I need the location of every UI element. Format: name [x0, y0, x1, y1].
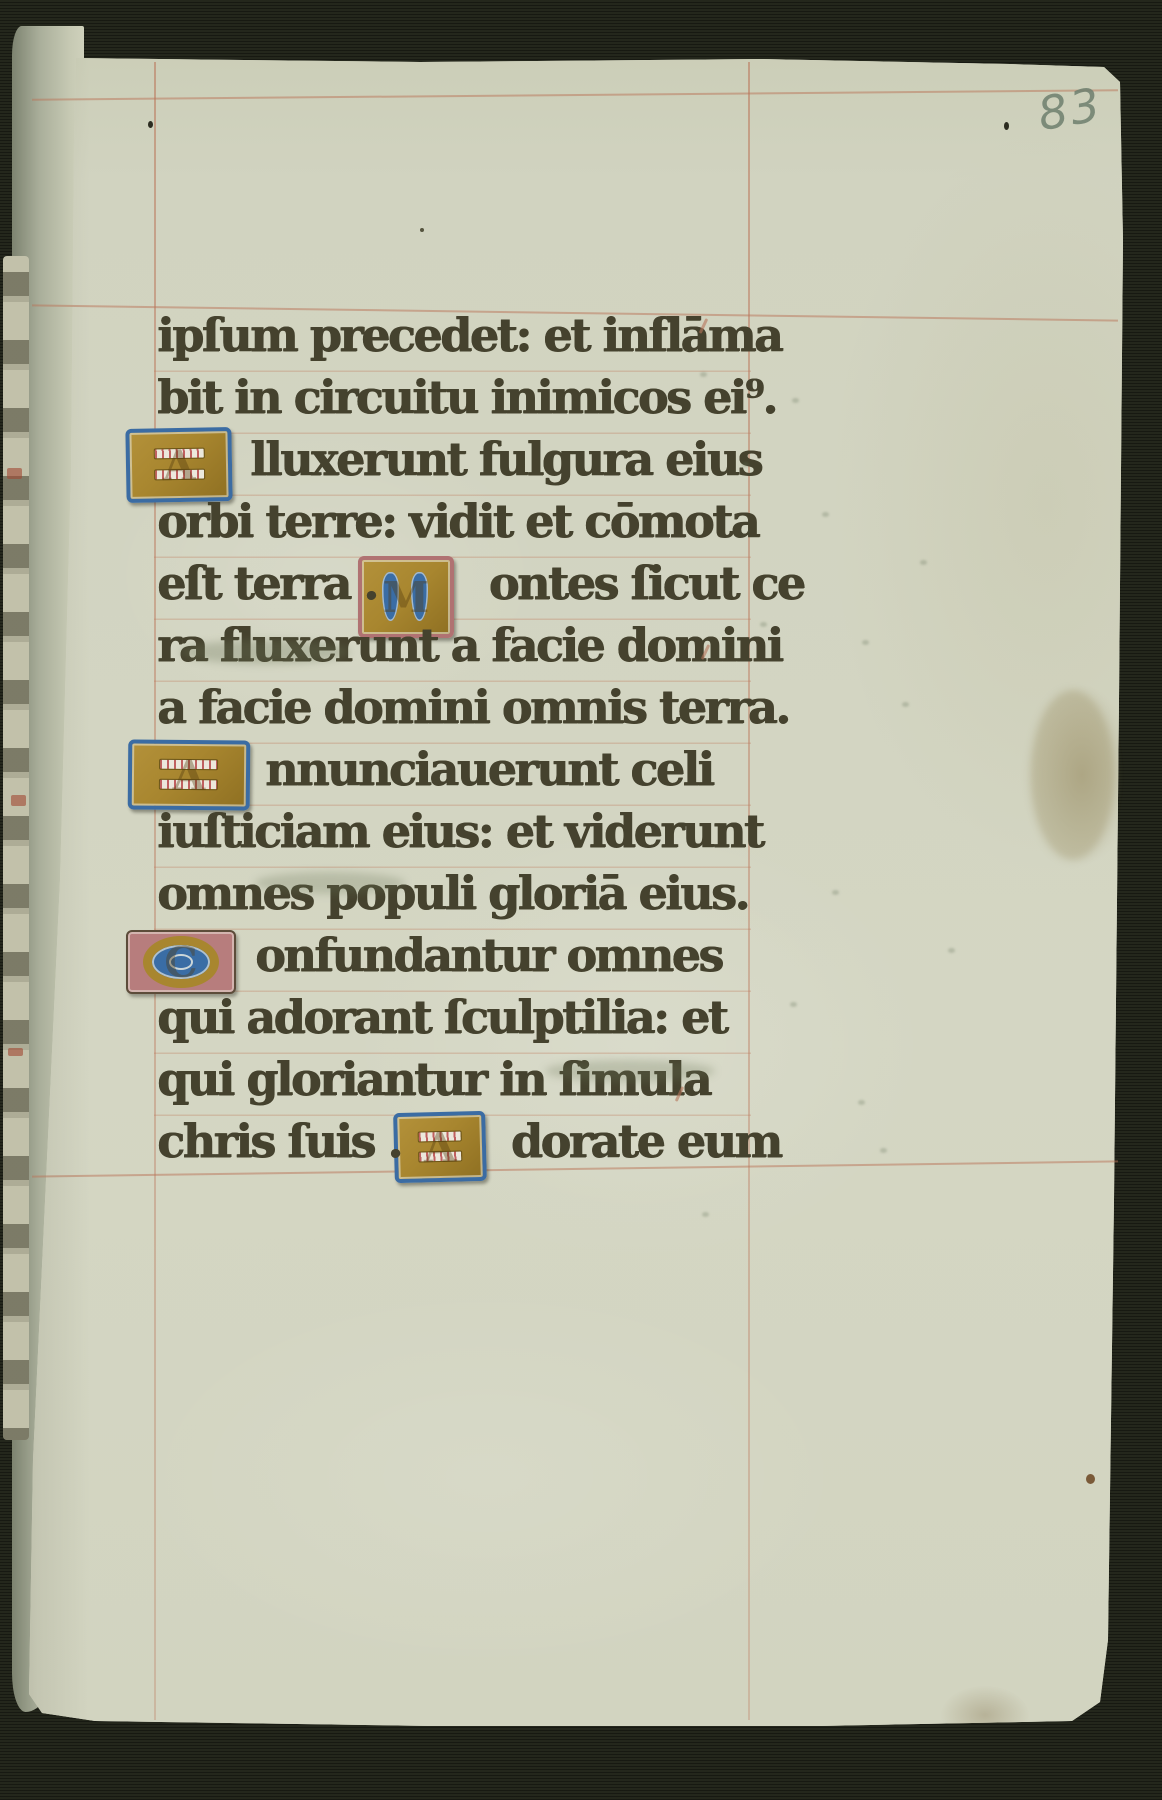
- text-line: iuſticiam eius: et viderunt: [157, 804, 797, 866]
- text-segment: orbi terre: vidit et cōmota: [157, 494, 758, 548]
- text-segment: dorate eum: [511, 1114, 781, 1168]
- text-line: a facie domini omnis terra.: [157, 680, 797, 742]
- text-segment: onfundantur omnes: [255, 928, 722, 982]
- text-line: eſt terra .ontes ſicut ce: [157, 556, 797, 618]
- text-line: nnunciauerunt celi: [157, 742, 905, 804]
- fleck: [832, 890, 839, 895]
- facing-page-text-fragments: [3, 256, 29, 1440]
- facing-page-rubric-mark: [7, 468, 22, 479]
- stain-spot: [1086, 1474, 1095, 1484]
- text-segment: iuſticiam eius: et viderunt: [157, 804, 763, 858]
- fleck: [902, 702, 909, 707]
- text-segment: nnunciauerunt celi: [265, 742, 712, 796]
- text-segment: bit in circuitu inimicos ei⁹.: [157, 370, 776, 424]
- facing-page-rubric-mark: [11, 795, 26, 806]
- text-segment: ontes ſicut ce: [489, 556, 804, 610]
- initial-gap: [401, 1156, 511, 1157]
- folio-number: 83: [1034, 77, 1107, 141]
- text-line: qui gloriantur in ſimula: [157, 1052, 797, 1114]
- pricking-speck: [148, 121, 153, 128]
- text-segment: omnes populi gloriā eius.: [157, 866, 748, 920]
- text-segment: a facie domini omnis terra.: [157, 680, 789, 734]
- speck: [420, 228, 424, 232]
- ink-smudge: [180, 640, 350, 664]
- fleck: [760, 622, 767, 627]
- text-segment: chris ſuis .: [157, 1114, 401, 1168]
- fleck: [948, 948, 955, 953]
- text-segment: qui adorant ſculptilia: et: [157, 990, 726, 1044]
- fleck: [792, 398, 799, 403]
- initial-gap: [377, 598, 489, 599]
- text-line: onfundantur omnes: [157, 928, 895, 990]
- fleck: [880, 1148, 887, 1153]
- text-line: lluxerunt fulgura eius: [157, 432, 890, 494]
- fleck: [790, 1002, 797, 1007]
- fleck: [700, 372, 707, 377]
- pricking-speck: [1004, 122, 1009, 130]
- text-line: ipſum precedet: et inflāma: [157, 308, 797, 370]
- ink-smudge: [255, 872, 405, 894]
- fleck: [858, 1100, 865, 1105]
- text-line: chris ſuis .dorate eum: [157, 1114, 797, 1176]
- fleck: [822, 512, 829, 517]
- text-line: bit in circuitu inimicos ei⁹.: [157, 370, 797, 432]
- fleck: [862, 640, 869, 645]
- text-segment: eſt terra .: [157, 556, 377, 610]
- fleck: [742, 462, 749, 467]
- text-segment: lluxerunt fulgura eius: [250, 432, 761, 486]
- text-line: orbi terre: vidit et cōmota: [157, 494, 797, 556]
- edge-stain: [1030, 690, 1115, 860]
- fleck: [702, 1212, 709, 1217]
- manuscript-photo: 83 A M A C A ipſum precedet: et inflāma …: [0, 0, 1162, 1800]
- text-line: omnes populi gloriā eius.: [157, 866, 797, 928]
- text-segment: ipſum precedet: et inflāma: [157, 308, 781, 362]
- ink-smudge: [545, 1060, 715, 1082]
- facing-page-rubric-mark: [8, 1048, 23, 1056]
- fleck: [920, 560, 927, 565]
- text-line: qui adorant ſculptilia: et: [157, 990, 797, 1052]
